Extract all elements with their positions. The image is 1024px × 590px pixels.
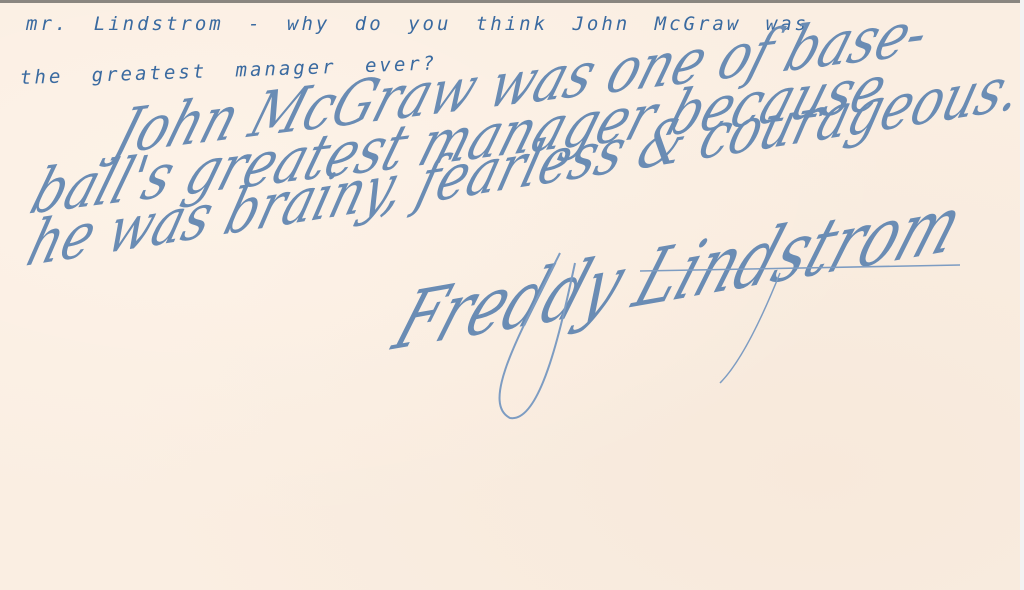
note-card: mr. Lindstrom - why do you think John Mc… <box>0 0 1020 590</box>
card-edge <box>1020 0 1024 590</box>
